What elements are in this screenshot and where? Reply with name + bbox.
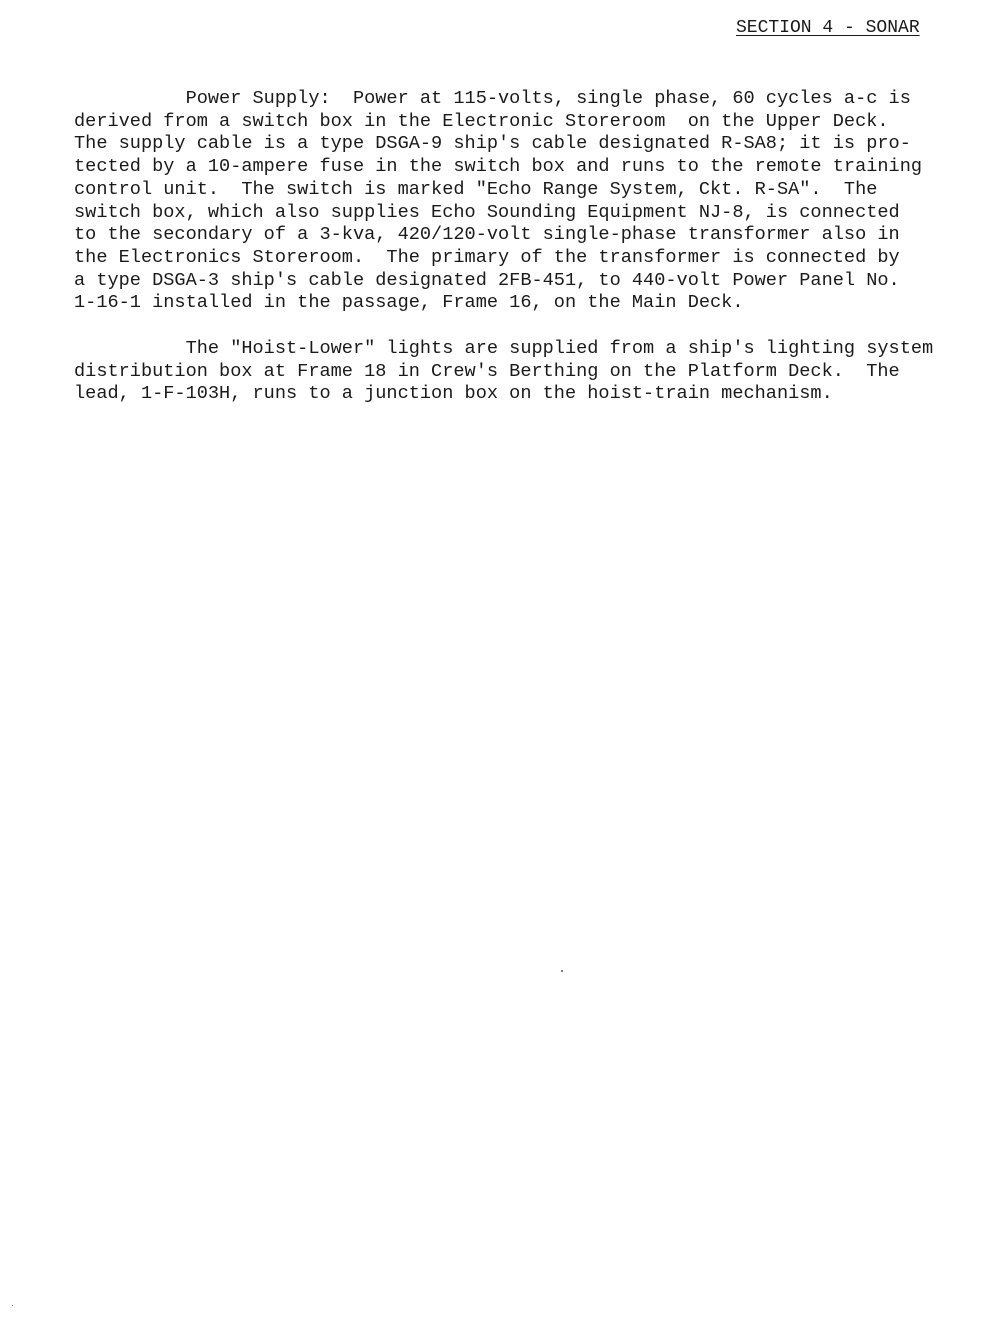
section-header: SECTION 4 - SONAR [736,18,920,38]
text-line: 1-16-1 installed in the passage, Frame 1… [74,292,954,315]
text-line: distribution box at Frame 18 in Crew's B… [74,361,954,384]
text-line: to the secondary of a 3-kva, 420/120-vol… [74,224,954,247]
text-line: Power Supply: Power at 115-volts, single… [74,88,954,111]
text-line: tected by a 10-ampere fuse in the switch… [74,156,954,179]
text-line: a type DSGA-3 ship's cable designated 2F… [74,270,954,293]
text-line: control unit. The switch is marked "Echo… [74,179,954,202]
text-line: the Electronics Storeroom. The primary o… [74,247,954,270]
paragraph-power-supply: Power Supply: Power at 115-volts, single… [74,88,954,315]
text-line: The supply cable is a type DSGA-9 ship's… [74,133,954,156]
text-line: switch box, which also supplies Echo Sou… [74,202,954,225]
paragraph-hoist-lower-lights: The "Hoist-Lower" lights are supplied fr… [74,338,954,406]
text-line: lead, 1-F-103H, runs to a junction box o… [74,383,954,406]
scan-speck [561,970,563,972]
text-line: derived from a switch box in the Electro… [74,111,954,134]
text-line: The "Hoist-Lower" lights are supplied fr… [74,338,954,361]
scan-speck [12,1305,13,1306]
